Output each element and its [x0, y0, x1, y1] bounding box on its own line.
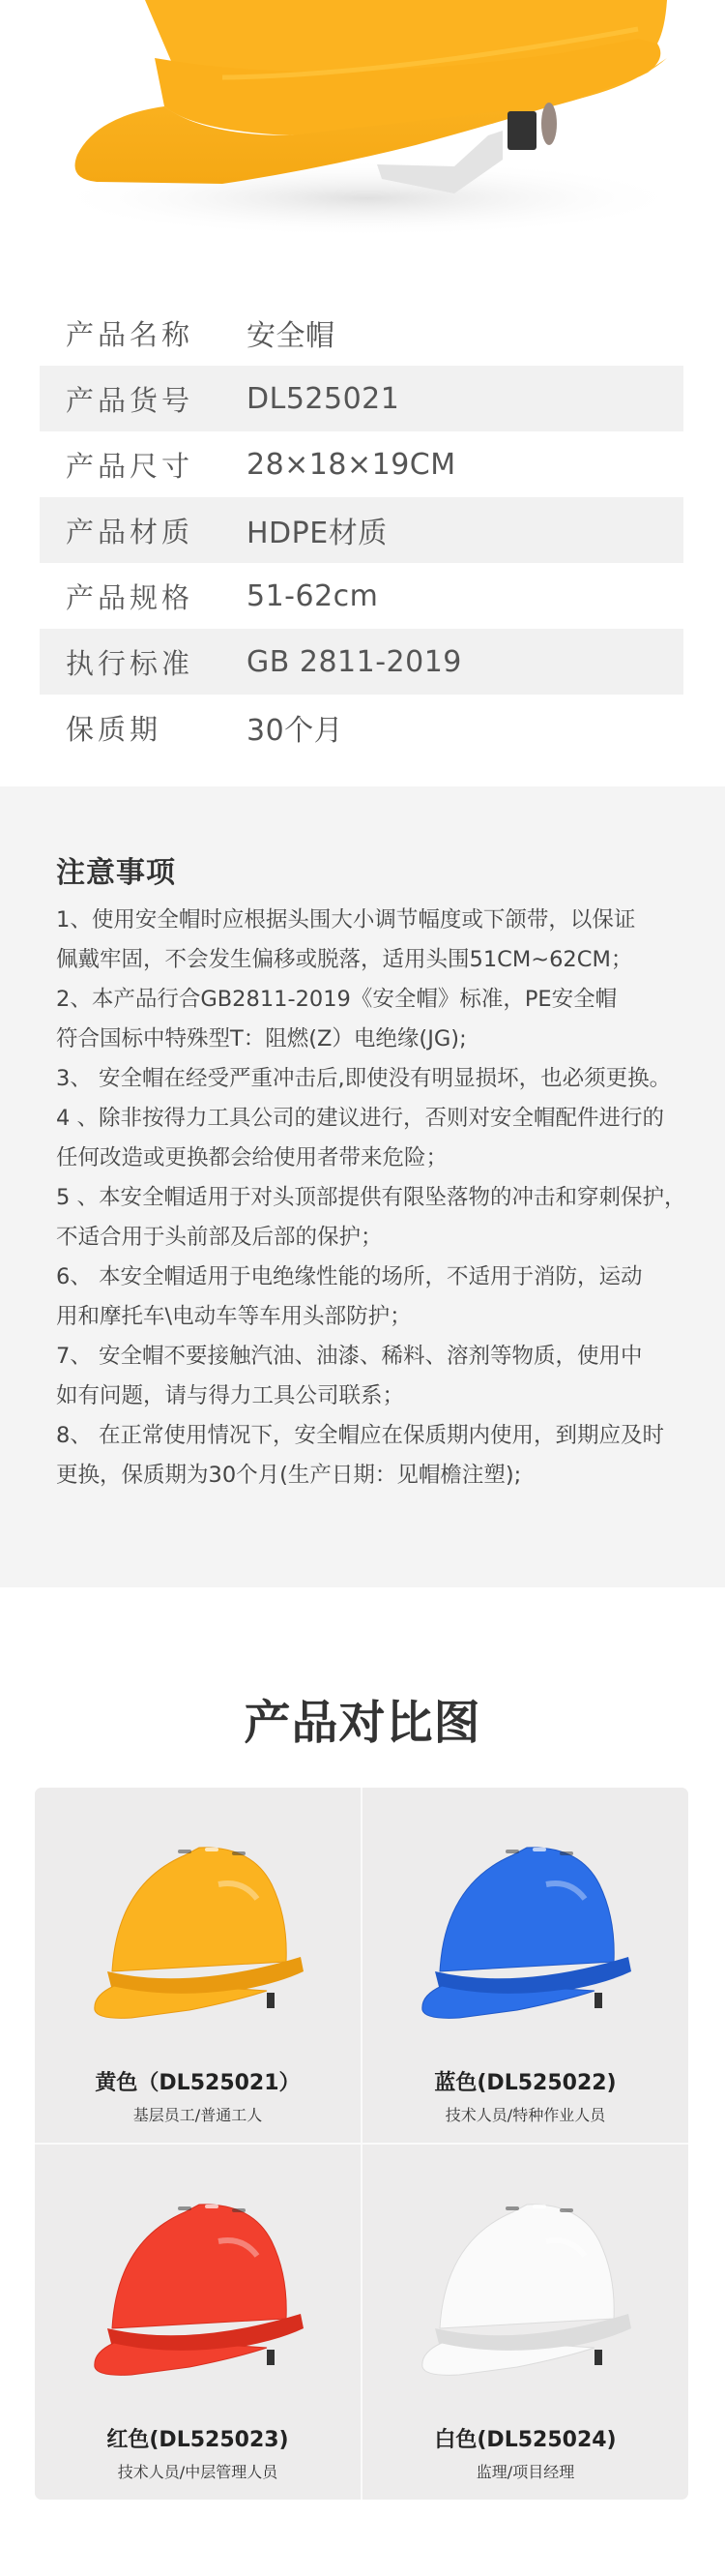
card-subtitle: 监理/项目经理: [362, 2460, 688, 2482]
notice-line: 4 、除非按得力工具公司的建议进行，否则对安全帽配件进行的: [56, 1099, 694, 1139]
spec-value: 51-62cm: [246, 579, 378, 613]
spec-row-warranty: 保质期 30个月: [40, 695, 683, 760]
hero-image: [0, 0, 725, 290]
notice-line: 不适合用于头前部及后部的保护；: [56, 1218, 694, 1258]
card-title: 白色(DL525024): [362, 2423, 688, 2453]
spec-label: 产品尺寸: [40, 445, 246, 485]
notice-line: 5 、本安全帽适用于对头顶部提供有限坠落物的冲击和穿刺保护，: [56, 1178, 694, 1218]
blue-helmet-icon: [401, 1826, 652, 2029]
spec-row-material: 产品材质 HDPE材质: [40, 497, 683, 563]
red-helmet-icon: [73, 2183, 325, 2386]
spec-value: 30个月: [246, 706, 343, 749]
compare-card-blue: 蓝色(DL525022) 技术人员/特种作业人员: [362, 1788, 688, 2143]
spec-row-sku: 产品货号 DL525021: [40, 366, 683, 431]
spec-label: 保质期: [40, 708, 246, 748]
spec-value: 28×18×19CM: [246, 448, 456, 482]
spec-value: HDPE材质: [246, 509, 388, 551]
notice-line: 更换，保质期为30个月(生产日期：见帽檐注塑);: [56, 1456, 694, 1495]
spec-label: 执行标准: [40, 642, 246, 682]
spec-value: GB 2811-2019: [246, 645, 462, 679]
card-title: 黄色（DL525021）: [35, 2066, 361, 2096]
notice-section: 注意事项 1、使用安全帽时应根据头围大小调节幅度或下颌带，以保证 佩戴牢固，不会…: [0, 786, 725, 1587]
card-subtitle: 技术人员/中层管理人员: [35, 2460, 361, 2482]
card-subtitle: 技术人员/特种作业人员: [362, 2103, 688, 2125]
notice-line: 1、使用安全帽时应根据头围大小调节幅度或下颌带，以保证: [56, 901, 694, 940]
card-subtitle: 基层员工/普通工人: [35, 2103, 361, 2125]
spec-row-name: 产品名称 安全帽: [40, 300, 683, 366]
spec-label: 产品货号: [40, 379, 246, 419]
notice-line: 2、本产品行合GB2811-2019《安全帽》标准，PE安全帽: [56, 980, 694, 1020]
spec-table: 产品名称 安全帽 产品货号 DL525021 产品尺寸 28×18×19CM 产…: [40, 300, 683, 760]
spec-value: 安全帽: [246, 311, 335, 354]
yellow-helmet-icon: [73, 1826, 325, 2029]
compare-card-red: 红色(DL525023) 技术人员/中层管理人员: [35, 2145, 361, 2500]
notice-line: 如有问题，请与得力工具公司联系；: [56, 1377, 694, 1416]
notice-title: 注意事项: [56, 848, 176, 891]
spec-label: 产品名称: [40, 313, 246, 353]
spec-row-size: 产品尺寸 28×18×19CM: [40, 431, 683, 497]
spec-row-spec: 产品规格 51-62cm: [40, 563, 683, 629]
notice-list: 1、使用安全帽时应根据头围大小调节幅度或下颌带，以保证 佩戴牢固，不会发生偏移或…: [56, 901, 694, 1495]
compare-card-yellow: 黄色（DL525021） 基层员工/普通工人: [35, 1788, 361, 2143]
compare-card-white: 白色(DL525024) 监理/项目经理: [362, 2145, 688, 2500]
spec-row-standard: 执行标准 GB 2811-2019: [40, 629, 683, 695]
spec-label: 产品材质: [40, 511, 246, 550]
notice-line: 任何改造或更换都会给使用者带来危险；: [56, 1139, 694, 1178]
notice-line: 佩戴牢固，不会发生偏移或脱落，适用头围51CM~62CM；: [56, 940, 694, 980]
notice-line: 用和摩托车\电动车等车用头部防护；: [56, 1297, 694, 1337]
notice-line: 3、 安全帽在经受严重冲击后,即使没有明显损坏，也必须更换。: [56, 1059, 694, 1099]
spec-label: 产品规格: [40, 577, 246, 616]
card-title: 红色(DL525023): [35, 2423, 361, 2453]
compare-grid: 黄色（DL525021） 基层员工/普通工人 蓝色(DL525022) 技术人员…: [35, 1788, 688, 2500]
white-helmet-icon: [401, 2183, 652, 2386]
compare-title: 产品对比图: [0, 1685, 725, 1752]
spec-value: DL525021: [246, 382, 399, 416]
notice-line: 8、 在正常使用情况下，安全帽应在保质期内使用，到期应及时: [56, 1416, 694, 1456]
notice-line: 符合国标中特殊型T：阻燃(Z）电绝缘(JG);: [56, 1020, 694, 1059]
card-title: 蓝色(DL525022): [362, 2066, 688, 2096]
yellow-helmet-icon: [0, 0, 725, 290]
notice-line: 6、 本安全帽适用于电绝缘性能的场所，不适用于消防，运动: [56, 1258, 694, 1297]
notice-line: 7、 安全帽不要接触汽油、油漆、稀料、溶剂等物质，使用中: [56, 1337, 694, 1377]
